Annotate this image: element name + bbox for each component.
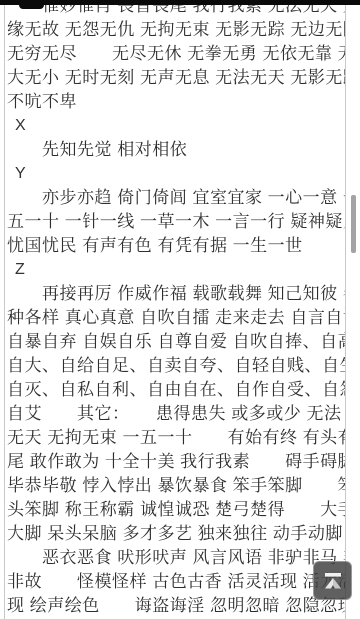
top-bar xyxy=(0,0,360,5)
text-line: 恶衣恶食 吠形吠声 风言风语 非驴非马 非亲 xyxy=(7,546,345,570)
section-heading-x: X xyxy=(7,114,345,138)
text-line: 非故 怪模怪样 古色古香 活灵活现 活龙活 xyxy=(7,570,345,594)
text-line: 头笨脚 称王称霸 诚惶诚恐 楚弓楚得 大手 xyxy=(7,498,345,522)
text-line: 忧国忧民 有声有色 有凭有据 一生一世 xyxy=(7,234,345,258)
text-line: 种各样 真心真意 自吹自擂 走来走去 自言自语 xyxy=(7,306,345,330)
content-left-border xyxy=(4,5,5,619)
text-line: 自大、自给自足、自卖自夸、自轻自贱、自生 xyxy=(7,354,345,378)
text-line: 现 绘声绘色 诲盗诲淫 忽明忽暗 忽隐忽现 xyxy=(7,594,345,618)
text-line: 不吭不卑 xyxy=(7,90,345,114)
text-line: 大无小 无时无刻 无声无息 无法无天 无影无踪 xyxy=(7,66,345,90)
text-line: 缘无故 无怨无仇 无拘无束 无影无踪 无边无际 xyxy=(7,18,345,42)
text-line: 无天 无拘无束 一五一十 有始有终 有头有 xyxy=(7,426,345,450)
text-line: 大脚 呆头呆脑 多才多艺 独来独往 动手动脚 xyxy=(7,522,345,546)
text-line: 无穷无尽 无尽无休 无拳无勇 无依无靠 无 xyxy=(7,42,345,66)
back-to-top-button[interactable] xyxy=(313,561,352,600)
text-line: 五一十 一针一线 一草一木 一言一行 疑神疑鬼 xyxy=(7,210,345,234)
section-heading-y: Y xyxy=(7,162,345,186)
collapsed-header-tab xyxy=(19,0,44,9)
text-line: 亦步亦趋 倚门倚闾 宜室宜家 一心一意 一 xyxy=(7,186,345,210)
idiom-text-content: 惟妙惟肖 畏首畏尾 我行我素 无法无天 无 缘无故 无怨无仇 无拘无束 无影无踪… xyxy=(7,0,345,619)
text-line: 自暴自弃 自娱自乐 自尊自爱 自吹自捧、自高 xyxy=(7,330,345,354)
text-line: 尾 敢作敢为 十全十美 我行我素 碍手碍脚 xyxy=(7,450,345,474)
text-line: 自艾 其它： 患得患失 或多或少 无法 xyxy=(7,402,345,426)
text-line: 毕恭毕敬 悖入悖出 暴饮暴食 笨手笨脚 笨 xyxy=(7,474,345,498)
back-to-top-icon xyxy=(321,569,345,593)
text-line: 先知先觉 相对相依 xyxy=(7,138,345,162)
scrollbar-thumb[interactable] xyxy=(351,195,356,253)
content-right-border xyxy=(345,5,346,619)
text-line: 再接再厉 作威作福 载歌载舞 知己知彼 各 xyxy=(7,282,345,306)
text-line: 自灭、自私自利、自由自在、自作自受、自怨 xyxy=(7,378,345,402)
section-heading-z: Z xyxy=(7,258,345,282)
